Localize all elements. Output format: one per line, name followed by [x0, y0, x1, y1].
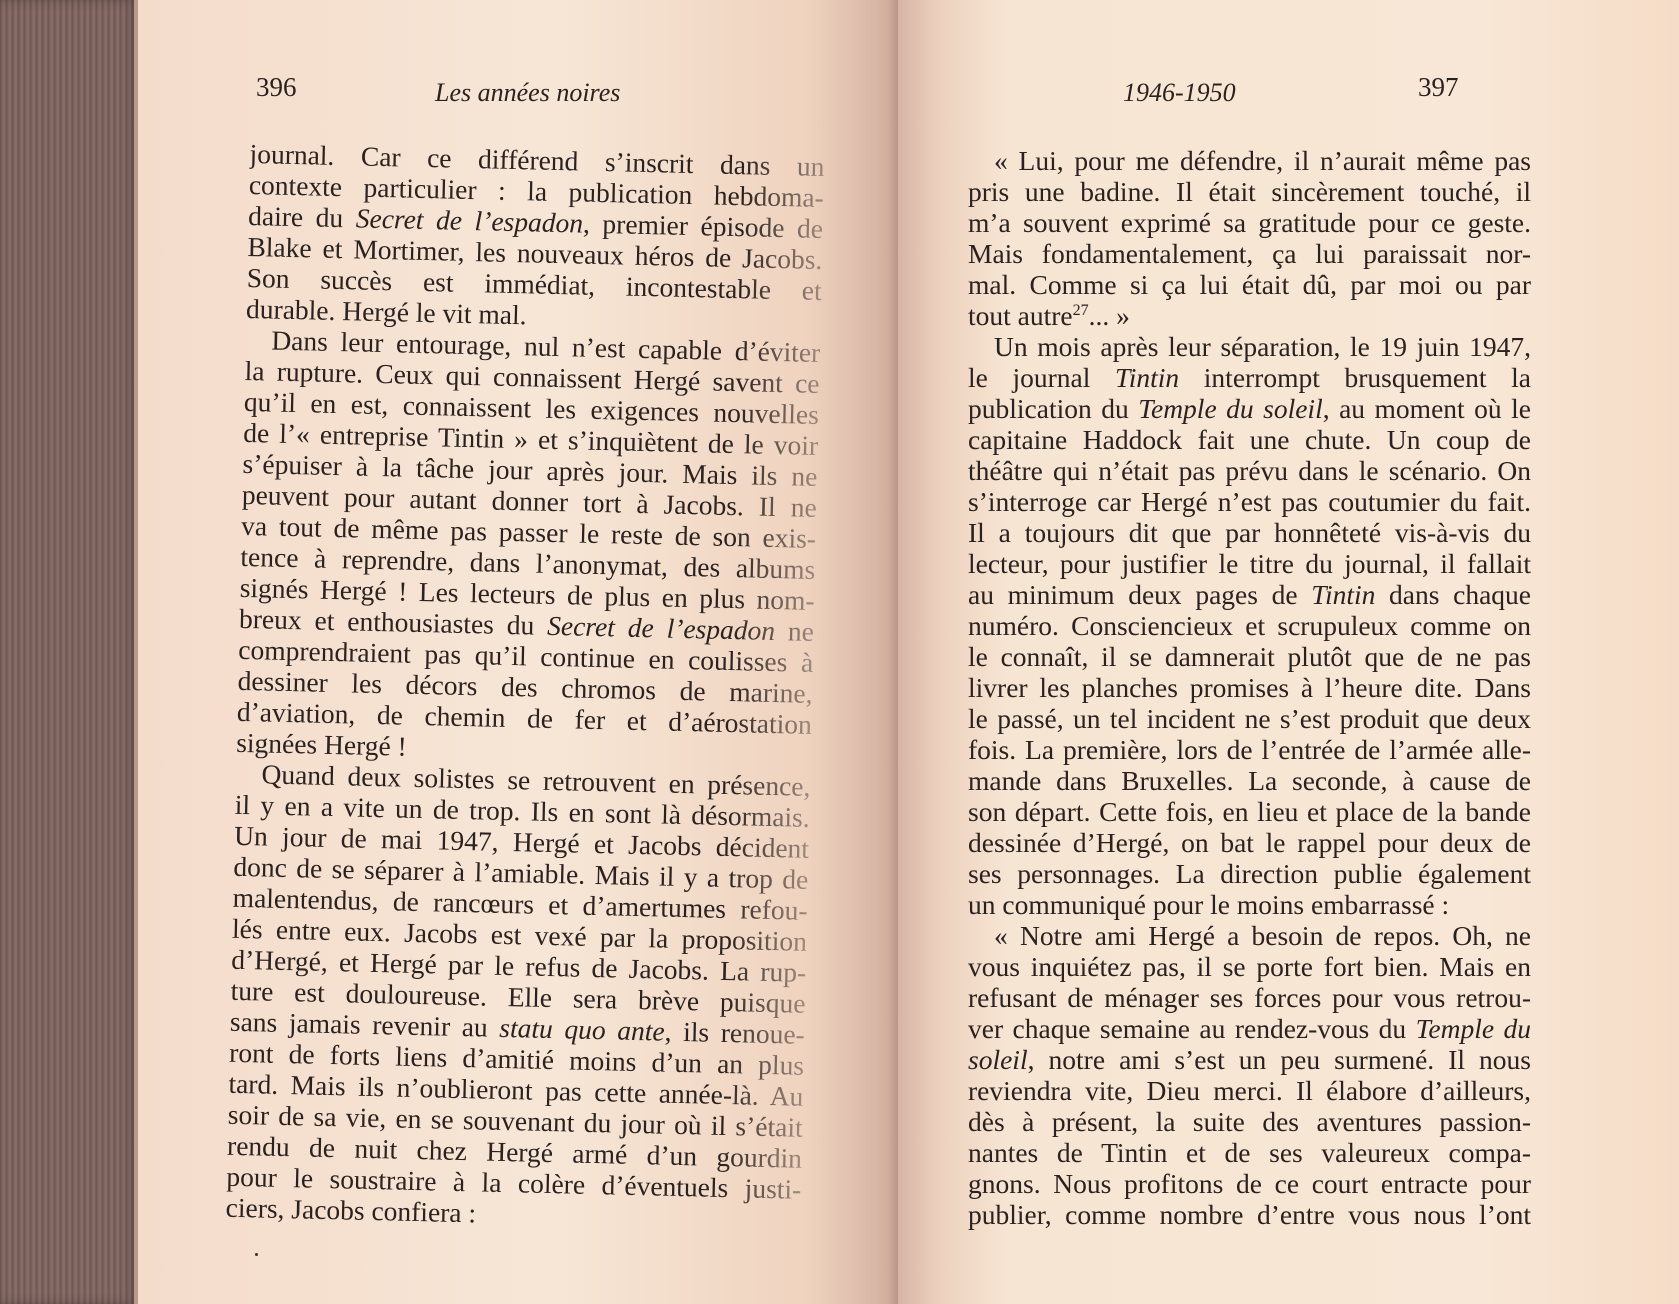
text-line: vous inquiétez pas, il se porte fort bie… — [968, 951, 1531, 982]
italic-title: Secret de l’espadon — [355, 202, 583, 238]
text-line: capitaine Haddock fait une chute. Un cou… — [968, 424, 1531, 455]
text-line: ses personnages. La direction publie éga… — [968, 858, 1531, 889]
text-line: m’a souvent exprimé sa gratitude pour ce… — [968, 207, 1531, 238]
text-line: le journal Tintin interrompt brusquement… — [968, 362, 1531, 393]
text-line: pris une badine. Il était sincèrement to… — [968, 176, 1531, 207]
left-page-body: journal. Car ce différend s’inscrit dans… — [225, 138, 824, 1236]
text-line: gnons. Nous profitons de ce court entrac… — [968, 1168, 1531, 1199]
running-title-left: Les années noires — [435, 78, 620, 108]
footnote-ref: 27 — [1073, 302, 1089, 319]
text-line: s’interroge car Hergé n’est pas coutumie… — [968, 486, 1531, 517]
italic-title: Secret de l’espadon — [547, 610, 776, 646]
italic-title: Temple du soleil — [1138, 393, 1323, 424]
text-line: théâtre qui n’était pas prévu dans le sc… — [968, 455, 1531, 486]
text-line: au minimum deux pages de Tintin dans cha… — [968, 579, 1531, 610]
text-line: publication du Temple du soleil, au mome… — [968, 393, 1531, 424]
text-line: nantes de Tintin et de ses valeureux com… — [968, 1137, 1531, 1168]
text-line: publier, comme nombre d’entre vous nous … — [968, 1199, 1531, 1230]
page-number-right: 397 — [1418, 72, 1459, 103]
text-line: mal. Comme si ça lui était dû, par moi o… — [968, 269, 1531, 300]
text-line: son départ. Cette fois, en lieu et place… — [968, 796, 1531, 827]
italic-title: Temple du — [1416, 1013, 1531, 1044]
text-line: tout autre27... » — [968, 300, 1531, 331]
right-page: 1946-1950 397 « Lui, pour me défendre, i… — [898, 0, 1679, 1304]
text-line: un communiqué pour le moins embarrassé : — [968, 889, 1531, 920]
text-line: refusant de ménager ses forces pour vous… — [968, 982, 1531, 1013]
text-line: mande dans Bruxelles. La seconde, à caus… — [968, 765, 1531, 796]
text-line: le connaît, il se damnerait plutôt que d… — [968, 641, 1531, 672]
open-book-spread: 396 Les années noires journal. Car ce di… — [0, 0, 1679, 1304]
text-line: ver chaque semaine au rendez-vous du Tem… — [968, 1013, 1531, 1044]
page-edges — [0, 0, 138, 1304]
text-line: Mais fondamentalement, ça lui paraissait… — [968, 238, 1531, 269]
text-line: « Notre ami Hergé a besoin de repos. Oh,… — [968, 920, 1531, 951]
italic-title: Tintin — [1311, 579, 1375, 610]
text-line: Il a toujours dit que par honnêteté vis-… — [968, 517, 1531, 548]
right-page-body: « Lui, pour me défendre, il n’aurait mêm… — [968, 145, 1531, 1230]
running-title-right: 1946-1950 — [1123, 78, 1236, 108]
text-line: lecteur, pour justifier le titre du jour… — [968, 548, 1531, 579]
text-line: Un mois après leur séparation, le 19 jui… — [968, 331, 1531, 362]
text-line: « Lui, pour me défendre, il n’aurait mêm… — [968, 145, 1531, 176]
text-line: fois. La première, lors de l’entrée de l… — [968, 734, 1531, 765]
italic-title: Tintin — [1115, 362, 1179, 393]
text-line: soleil, notre ami s’est un peu surmené. … — [968, 1044, 1531, 1075]
left-page: 396 Les années noires journal. Car ce di… — [138, 0, 898, 1304]
text-line: numéro. Consciencieux et scrupuleux comm… — [968, 610, 1531, 641]
text-line: le passé, un tel incident ne s’est produ… — [968, 703, 1531, 734]
italic-title: statu quo ante — [499, 1012, 665, 1047]
page-number-left: 396 — [256, 72, 297, 103]
text-line: livrer les planches promises à l’heure d… — [968, 672, 1531, 703]
text-line: dessinée d’Hergé, on bat le rappel pour … — [968, 827, 1531, 858]
ink-speck — [255, 1253, 258, 1256]
text-line: reviendra vite, Dieu merci. Il élabore d… — [968, 1075, 1531, 1106]
text-line: dès à présent, la suite des aventures pa… — [968, 1106, 1531, 1137]
italic-title: soleil — [968, 1044, 1028, 1075]
